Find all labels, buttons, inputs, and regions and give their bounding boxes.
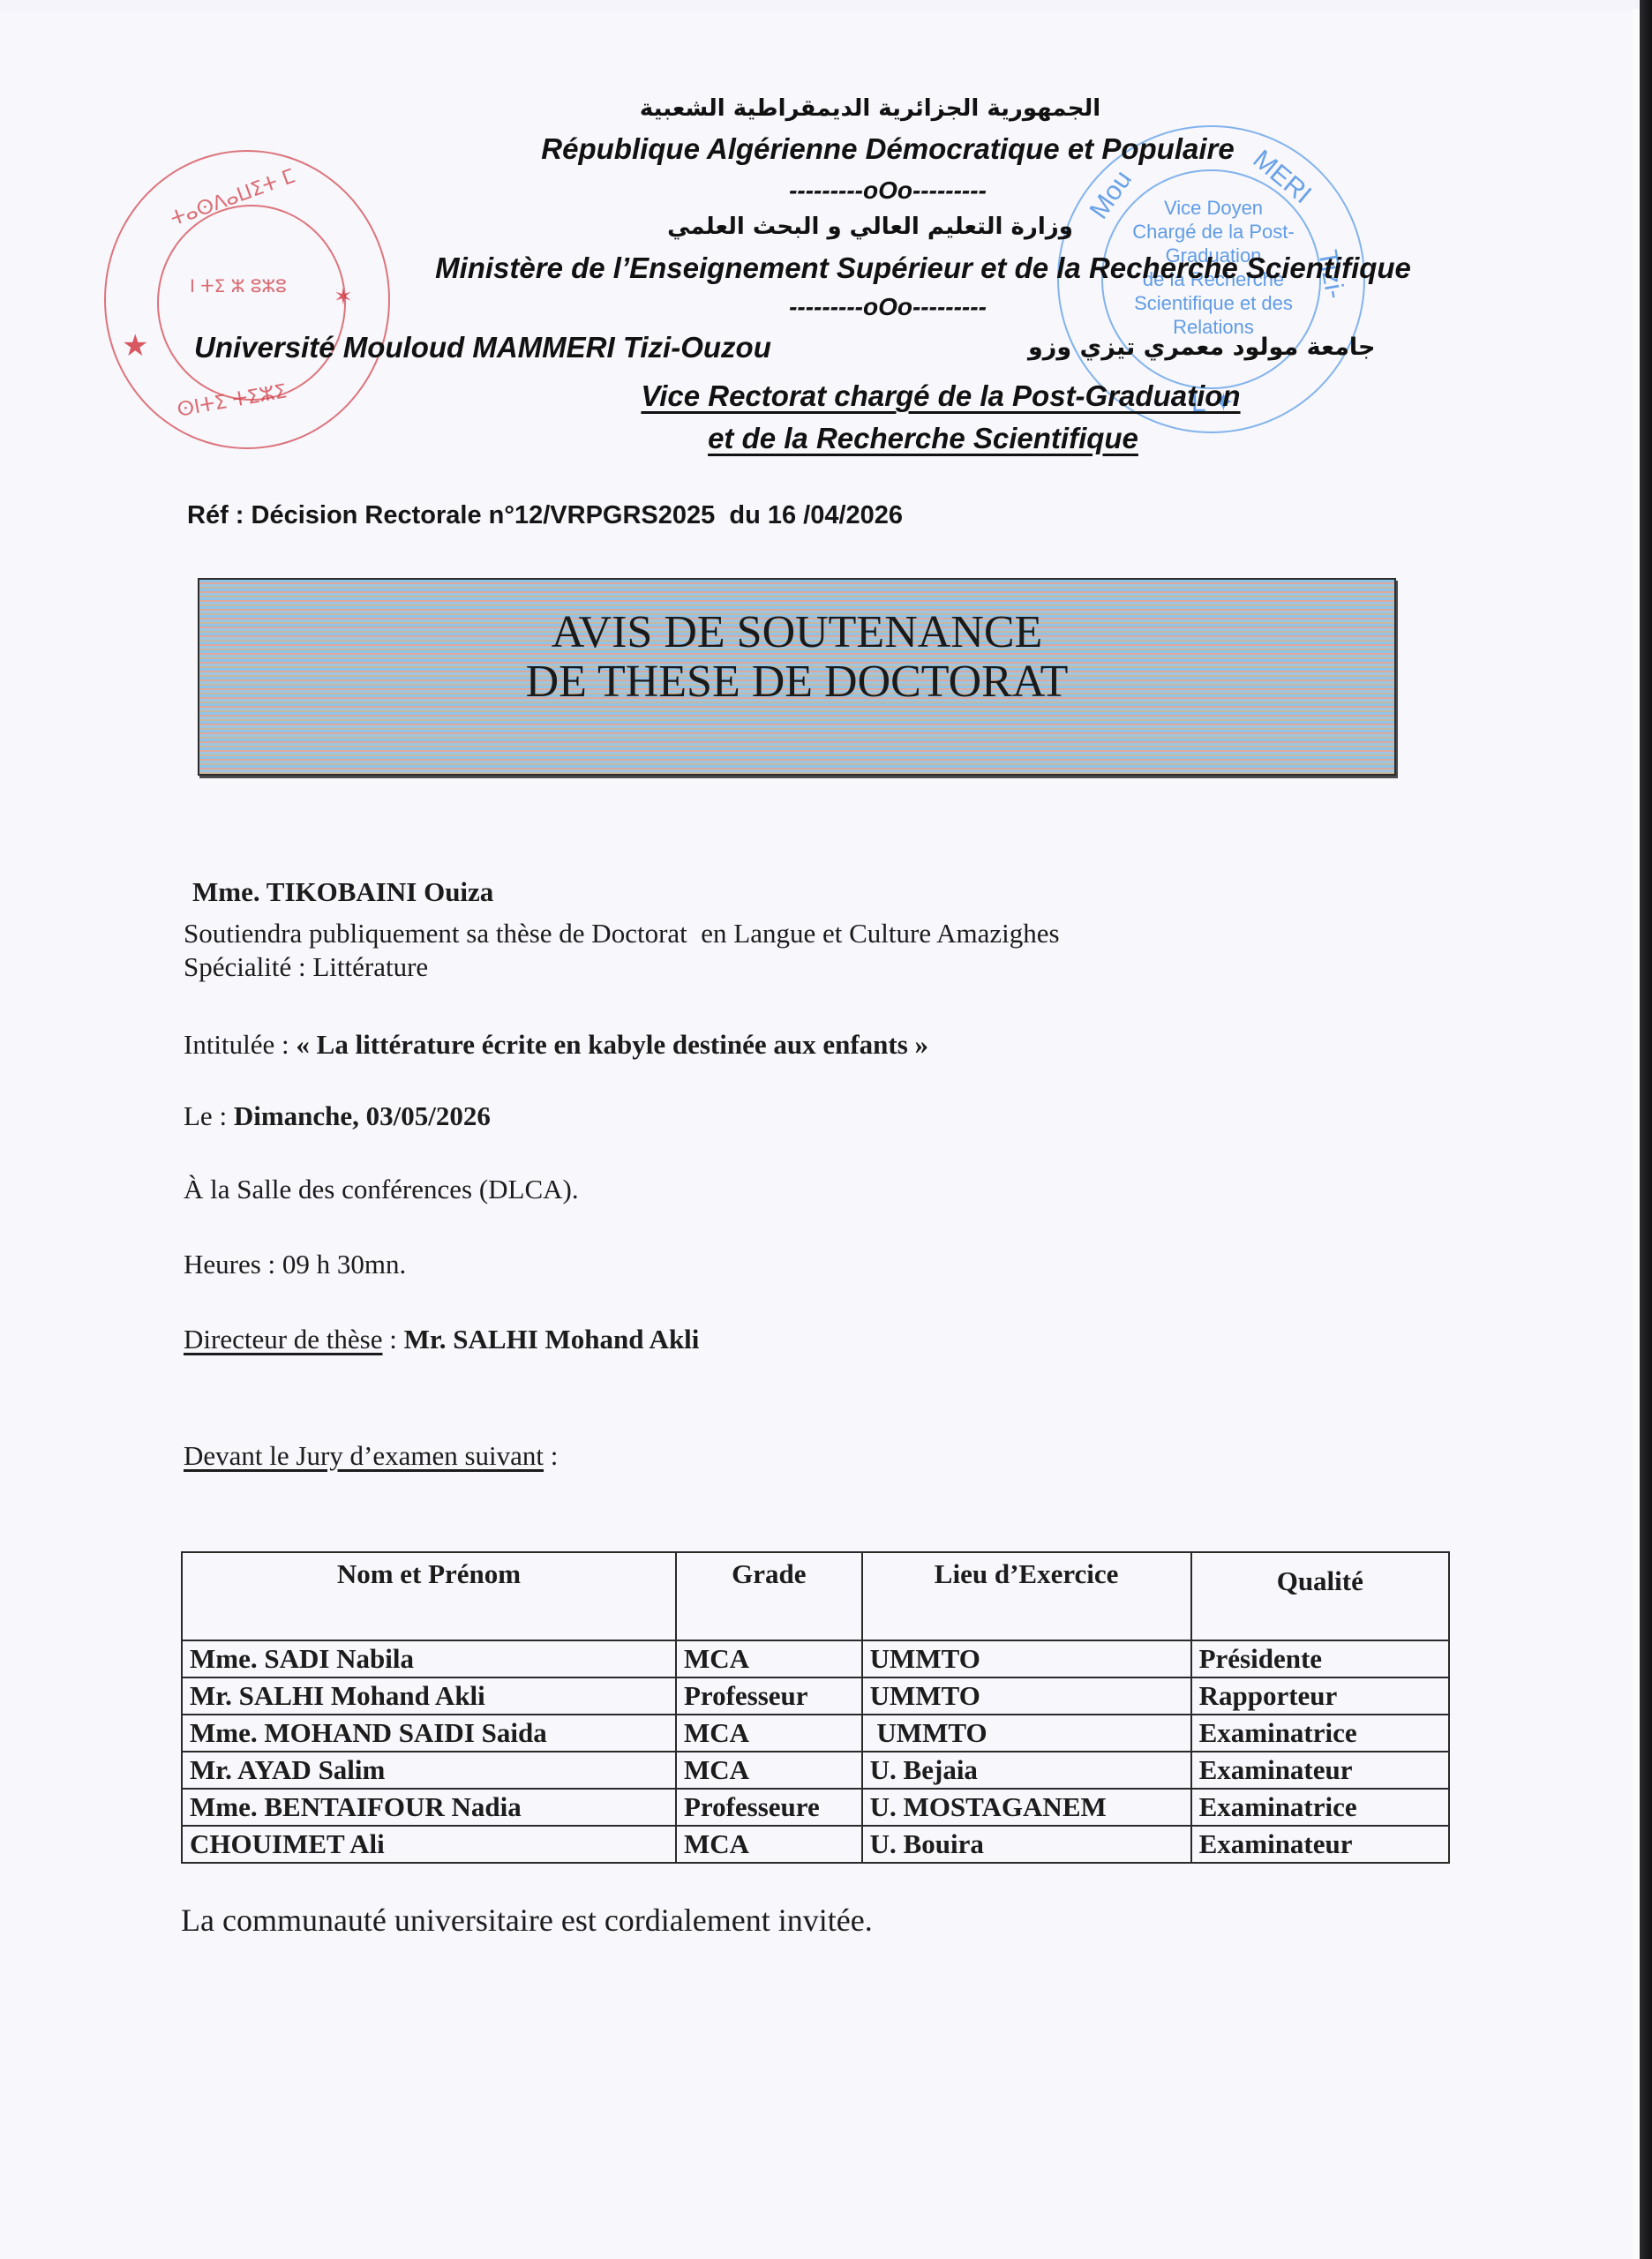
cell-lieu: UMMTO (862, 1640, 1191, 1677)
header-separator: ---------oOo--------- (71, 293, 1652, 321)
table-row: Mme. SADI Nabila MCA UMMTO Présidente (182, 1640, 1449, 1677)
cell-grade: MCA (676, 1752, 862, 1789)
cell-qualite: Examinateur (1191, 1752, 1449, 1789)
table-row: Mme. BENTAIFOUR Nadia Professeure U. MOS… (182, 1789, 1449, 1826)
header-lieu-exercice: Lieu d’Exercice (862, 1552, 1191, 1640)
defense-room: À la Salle des conférences (DLCA). (184, 1174, 579, 1205)
header-republic: République Algérienne Démocratique et Po… (71, 132, 1652, 166)
title-banner: AVIS DE SOUTENANCE DE THESE DE DOCTORAT (198, 578, 1396, 776)
cell-qualite: Examinatrice (1191, 1789, 1449, 1826)
cell-qualite: Examinateur (1191, 1826, 1449, 1863)
cell-qualite: Examinatrice (1191, 1715, 1449, 1752)
cell-grade: Professeur (676, 1677, 862, 1715)
cell-name: Mme. SADI Nabila (182, 1640, 676, 1677)
cell-grade: Professeure (676, 1789, 862, 1826)
title-line-2: DE THESE DE DOCTORAT (199, 656, 1394, 708)
jury-intro-suffix: : (544, 1440, 558, 1471)
cell-qualite: Rapporteur (1191, 1677, 1449, 1715)
cell-grade: MCA (676, 1715, 862, 1752)
title-line-1: AVIS DE SOUTENANCE (199, 606, 1394, 658)
thesis-title-value: « La littérature écrite en kabyle destin… (296, 1029, 928, 1060)
table-header-row: Nom et Prénom Grade Lieu d’Exercice Qual… (182, 1552, 1449, 1640)
cell-name: Mme. MOHAND SAIDI Saida (182, 1715, 676, 1752)
header-arabic-republic: الجمهورية الجزائرية الديمقراطية الشعبية (53, 95, 1652, 122)
header-arabic-university: جامعة مولود معمري تيزي وزو (1028, 334, 1376, 361)
header-vice-rectorat: et de la Recherche Scientifique (106, 422, 1652, 455)
director-label: Directeur de thèse (184, 1324, 383, 1355)
header-university: Université Mouloud MAMMERI Tizi-Ouzou (194, 331, 771, 364)
jury-intro-label: Devant le Jury d’examen suivant (184, 1440, 544, 1471)
header-ministry: Ministère de l’Enseignement Supérieur et… (106, 251, 1652, 285)
candidate-name: Mme. TIKOBAINI Ouiza (192, 876, 493, 908)
defense-statement: Soutiendra publiquement sa thèse de Doct… (184, 918, 1060, 949)
cell-name: Mr. SALHI Mohand Akli (182, 1677, 676, 1715)
cell-name: Mme. BENTAIFOUR Nadia (182, 1789, 676, 1826)
header-vice-rectorat: Vice Rectorat chargé de la Post-Graduati… (124, 379, 1652, 413)
header-qualite: Qualité (1191, 1552, 1449, 1640)
header-nom-prenom: Nom et Prénom (182, 1552, 676, 1640)
thesis-title: Intitulée : « La littérature écrite en k… (184, 1029, 928, 1061)
cell-lieu: UMMTO (862, 1677, 1191, 1715)
cell-qualite: Présidente (1191, 1640, 1449, 1677)
director-separator: : (383, 1324, 404, 1355)
thesis-title-label: Intitulée : (184, 1029, 296, 1060)
cell-lieu: U. Bouira (862, 1826, 1191, 1863)
cell-grade: MCA (676, 1640, 862, 1677)
cell-name: CHOUIMET Ali (182, 1826, 676, 1863)
table-row: Mr. SALHI Mohand Akli Professeur UMMTO R… (182, 1677, 1449, 1715)
cell-name: Mr. AYAD Salim (182, 1752, 676, 1789)
jury-table: Nom et Prénom Grade Lieu d’Exercice Qual… (181, 1551, 1450, 1864)
date-label: Le : (184, 1100, 234, 1131)
header-separator: ---------oOo--------- (71, 176, 1652, 205)
header-grade: Grade (676, 1552, 862, 1640)
table-row: Mr. AYAD Salim MCA U. Bejaia Examinateur (182, 1752, 1449, 1789)
jury-intro: Devant le Jury d’examen suivant : (184, 1440, 558, 1472)
specialty: Spécialité : Littérature (184, 951, 428, 983)
defense-date: Le : Dimanche, 03/05/2026 (184, 1100, 491, 1132)
cell-lieu: U. MOSTAGANEM (862, 1789, 1191, 1826)
defense-time: Heures : 09 h 30mn. (184, 1249, 406, 1280)
director-value: Mr. SALHI Mohand Akli (404, 1324, 700, 1355)
thesis-director: Directeur de thèse : Mr. SALHI Mohand Ak… (184, 1324, 699, 1355)
vice-rectorat-line2: et de la Recherche Scientifique (708, 422, 1138, 454)
table-row: CHOUIMET Ali MCA U. Bouira Examinateur (182, 1826, 1449, 1863)
date-value: Dimanche, 03/05/2026 (234, 1100, 491, 1131)
closing-invitation: La communauté universitaire est cordiale… (181, 1902, 873, 1939)
header-arabic-ministry: وزارة التعليم العالي و البحث العلمي (53, 214, 1652, 240)
cell-lieu: UMMTO (862, 1715, 1191, 1752)
cell-grade: MCA (676, 1826, 862, 1863)
vice-rectorat-line1: Vice Rectorat chargé de la Post-Graduati… (641, 379, 1240, 412)
decision-reference: Réf : Décision Rectorale n°12/VRPGRS2025… (187, 501, 903, 530)
scan-edge (1640, 0, 1652, 2259)
cell-lieu: U. Bejaia (862, 1752, 1191, 1789)
scan-edge-highlight (1633, 9, 1640, 2259)
table-row: Mme. MOHAND SAIDI Saida MCA UMMTO Examin… (182, 1715, 1449, 1752)
